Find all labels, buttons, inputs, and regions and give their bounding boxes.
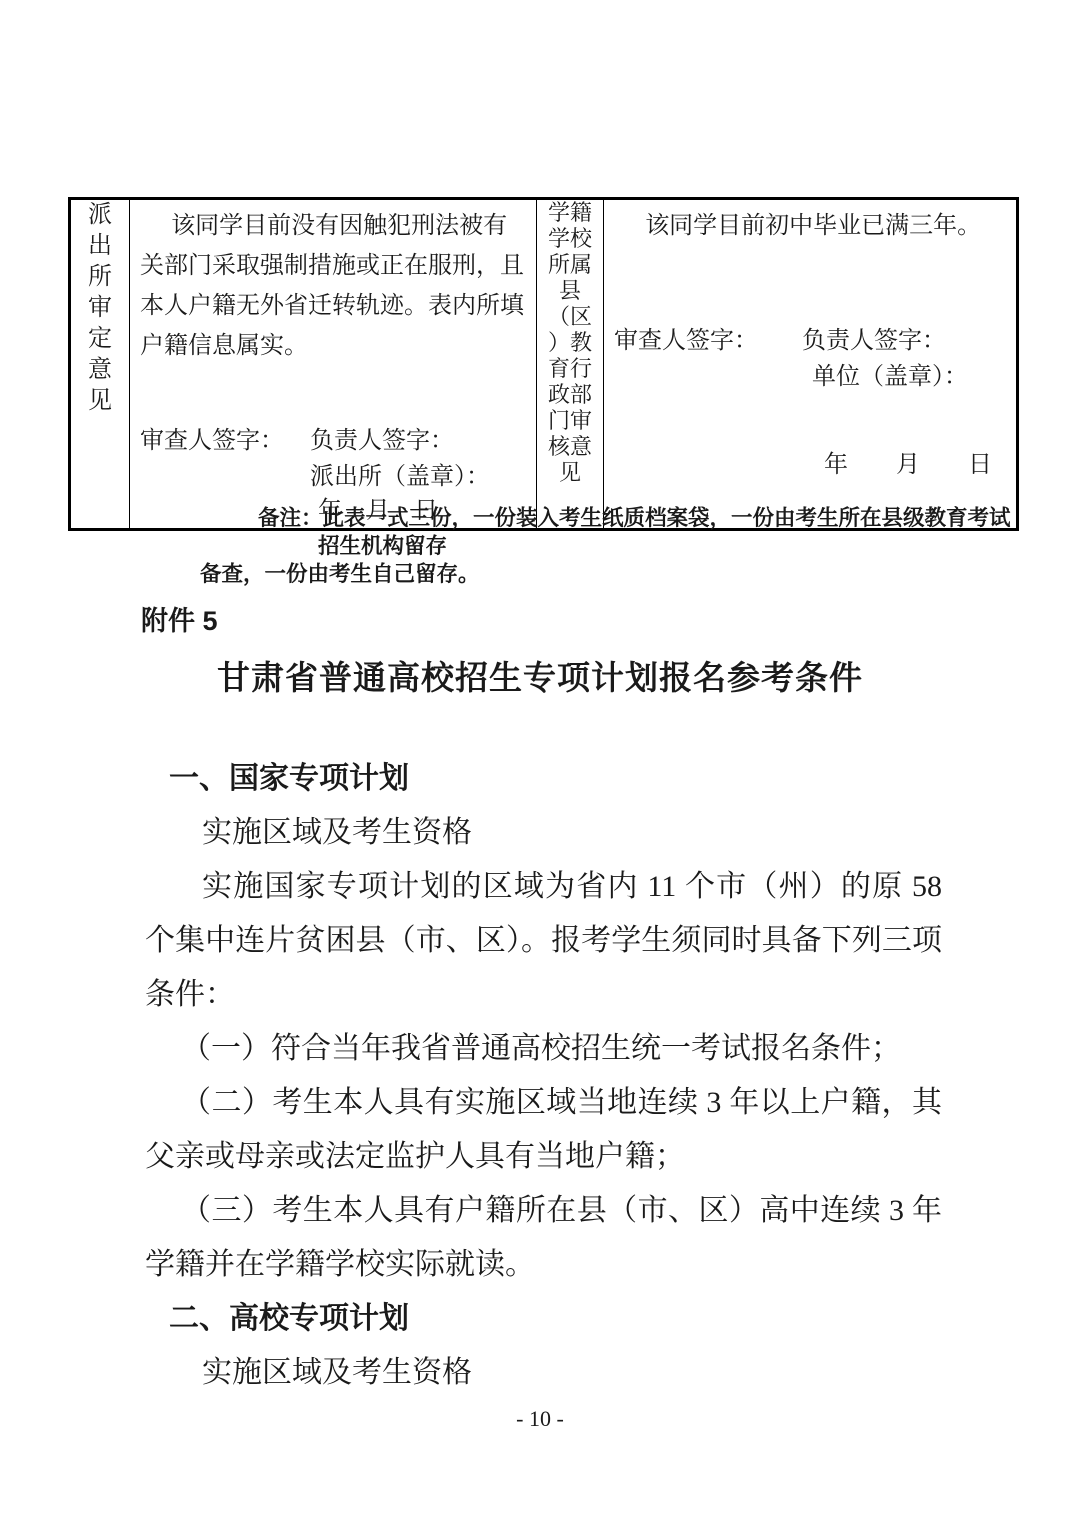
notes-line: 备注：此表一式三份，一份装入考生纸质档案袋，一份由考生所在县级教育考试 <box>258 504 955 532</box>
document-title: 甘肃省普通高校招生专项计划报名参考条件 <box>0 652 1080 699</box>
subheading-region-eligibility-2: 实施区域及考生资格 <box>145 1346 942 1400</box>
police-section-label: 派 出 所 审 定 意 见 <box>70 199 130 530</box>
school-date-label: 年 月 日 <box>824 448 1006 482</box>
document-page: 派 出 所 审 定 意 见 该同学目前没有因触犯刑法被有关部门采取强制措施或正在… <box>0 0 1080 1527</box>
school-responsible-sign-label: 负责人签字： <box>802 324 946 358</box>
school-authority-section-label: 学籍 学校 所属 县 （区 ）教 育行 政部 门审 核意 见 <box>537 199 604 530</box>
school-statement: 该同学目前初中毕业已满三年。 <box>614 206 1006 246</box>
section-heading-national-plan: 一、国家专项计划 <box>145 752 942 806</box>
school-opinion-cell: 该同学目前初中毕业已满三年。 审查人签字： 负责人签字： 单位（盖章）： 年 月… <box>604 199 1018 530</box>
review-opinion-table: 派 出 所 审 定 意 见 该同学目前没有因触犯刑法被有关部门采取强制措施或正在… <box>68 197 1019 531</box>
body-text: 一、国家专项计划 实施区域及考生资格 实施国家专项计划的区域为省内 11 个市（… <box>145 752 942 1400</box>
subheading-region-eligibility: 实施区域及考生资格 <box>145 806 942 860</box>
attachment-label: 附件 5 <box>141 599 218 638</box>
page-number: - 10 - <box>0 1406 1080 1432</box>
police-signature-row: 审查人签字： 负责人签字： <box>140 424 526 458</box>
section-heading-university-plan: 二、高校专项计划 <box>145 1292 942 1346</box>
police-reviewer-sign-label: 审查人签字： <box>140 424 284 458</box>
school-seal-label: 单位（盖章）： <box>812 360 1006 394</box>
police-statement: 该同学目前没有因触犯刑法被有关部门采取强制措施或正在服刑，且本人户籍无外省迁转轨… <box>140 206 526 366</box>
paragraph-condition-3: （三）考生本人具有户籍所在县（市、区）高中连续 3 年学籍并在学籍学校实际就读。 <box>145 1184 942 1292</box>
notes-block: 备注：此表一式三份，一份装入考生纸质档案袋，一份由考生所在县级教育考试 招生机构… <box>145 504 955 588</box>
school-signature-row: 审查人签字： 负责人签字： <box>614 324 1006 358</box>
school-reviewer-sign-label: 审查人签字： <box>614 324 758 358</box>
notes-line: 备查，一份由考生自己留存。 <box>200 560 955 588</box>
police-opinion-cell: 该同学目前没有因触犯刑法被有关部门采取强制措施或正在服刑，且本人户籍无外省迁转轨… <box>130 199 537 530</box>
paragraph-national-plan-region: 实施国家专项计划的区域为省内 11 个市（州）的原 58 个集中连片贫困县（市、… <box>145 860 942 1022</box>
notes-line: 招生机构留存 <box>318 532 955 560</box>
paragraph-condition-2: （二）考生本人具有实施区域当地连续 3 年以上户籍，其父亲或母亲或法定监护人具有… <box>145 1076 942 1184</box>
police-responsible-sign-label: 负责人签字： <box>310 424 454 458</box>
police-seal-label: 派出所（盖章）： <box>310 460 526 494</box>
paragraph-condition-1: （一）符合当年我省普通高校招生统一考试报名条件； <box>145 1022 942 1076</box>
